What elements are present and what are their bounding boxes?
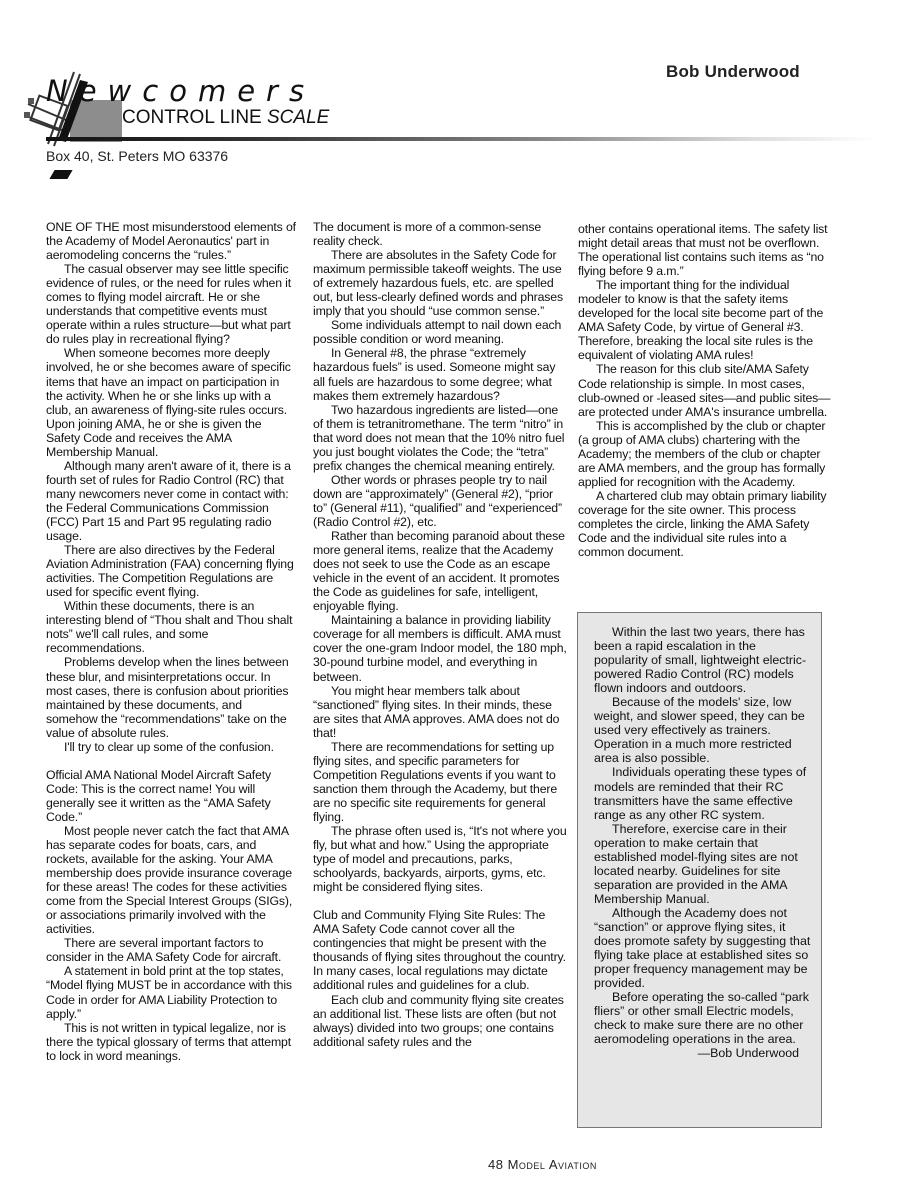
paragraph: A statement in bold print at the top sta… [46,964,296,1020]
paragraph: There are also directives by the Federal… [46,543,296,599]
author-address: Box 40, St. Peters MO 63376 [46,148,228,164]
paragraph: Most people never catch the fact that AM… [46,824,296,936]
paragraph: Two hazardous ingredients are listed—one… [313,403,568,473]
paragraph: The casual observer may see little speci… [46,262,296,346]
publication-name: Model Aviation [508,1157,597,1172]
article-column-3: other contains operational items. The sa… [578,222,833,559]
paragraph: The document is more of a common-sense r… [313,220,568,248]
paragraph: There are several important factors to c… [46,936,296,964]
paragraph: The reason for this club site/AMA Safety… [578,362,833,418]
page-folio: 48 Model Aviation [488,1157,597,1172]
decorative-slash-mark [49,170,72,179]
paragraph: A chartered club may obtain primary liab… [578,489,833,559]
article-column-1: ONE OF THE most misunderstood elements o… [46,220,296,1063]
subtitle-main: CONTROL LINE [122,107,262,128]
paragraph: Each club and community flying site crea… [313,993,568,1049]
sidebar-paragraph: Individuals operating these types of mod… [594,765,811,821]
paragraph: The important thing for the individual m… [578,278,833,362]
subtitle-italic: SCALE [267,107,329,128]
paragraph: There are absolutes in the Safety Code f… [313,248,568,318]
paragraph: other contains operational items. The sa… [578,222,833,278]
header-gradient-rule [46,137,876,141]
section-heading-paragraph: Club and Community Flying Site Rules: Th… [313,908,568,992]
paragraph: ONE OF THE most misunderstood elements o… [46,220,296,262]
sidebar-box: Within the last two years, there has bee… [577,612,822,1128]
paragraph: In General #8, the phrase “extremely haz… [313,346,568,402]
sidebar-paragraph: Before operating the so-called “park fli… [594,990,811,1046]
sidebar-paragraph: Within the last two years, there has bee… [594,625,811,695]
paragraph: I'll try to clear up some of the confusi… [46,740,296,754]
author-name: Bob Underwood [666,62,800,82]
paragraph: There are recommendations for setting up… [313,740,568,824]
paragraph: When someone becomes more deeply involve… [46,346,296,458]
sidebar-paragraph: Because of the models' size, low weight,… [594,695,811,765]
column-subtitle: CONTROL LINE SCALE [122,107,329,129]
column-title: Newcomers [46,74,315,108]
paragraph: Maintaining a balance in providing liabi… [313,613,568,683]
section-heading-paragraph: Official AMA National Model Aircraft Saf… [46,768,296,824]
paragraph: You might hear members talk about “sanct… [313,684,568,740]
paragraph: Some individuals attempt to nail down ea… [313,318,568,346]
paragraph: Problems develop when the lines between … [46,655,296,739]
sidebar-paragraph: Therefore, exercise care in their operat… [594,822,811,906]
paragraph: Although many aren't aware of it, there … [46,459,296,543]
page-number: 48 [488,1157,503,1172]
paragraph: This is accomplished by the club or chap… [578,419,833,489]
sidebar-paragraph: Although the Academy does not “sanction”… [594,906,811,990]
sidebar-signature: —Bob Underwood [594,1046,811,1060]
paragraph: Rather than becoming paranoid about thes… [313,529,568,613]
paragraph: The phrase often used is, “It's not wher… [313,824,568,894]
paragraph: Other words or phrases people try to nai… [313,473,568,529]
paragraph: This is not written in typical legalize,… [46,1021,296,1063]
paragraph: Within these documents, there is an inte… [46,599,296,655]
article-column-2: The document is more of a common-sense r… [313,220,568,1049]
